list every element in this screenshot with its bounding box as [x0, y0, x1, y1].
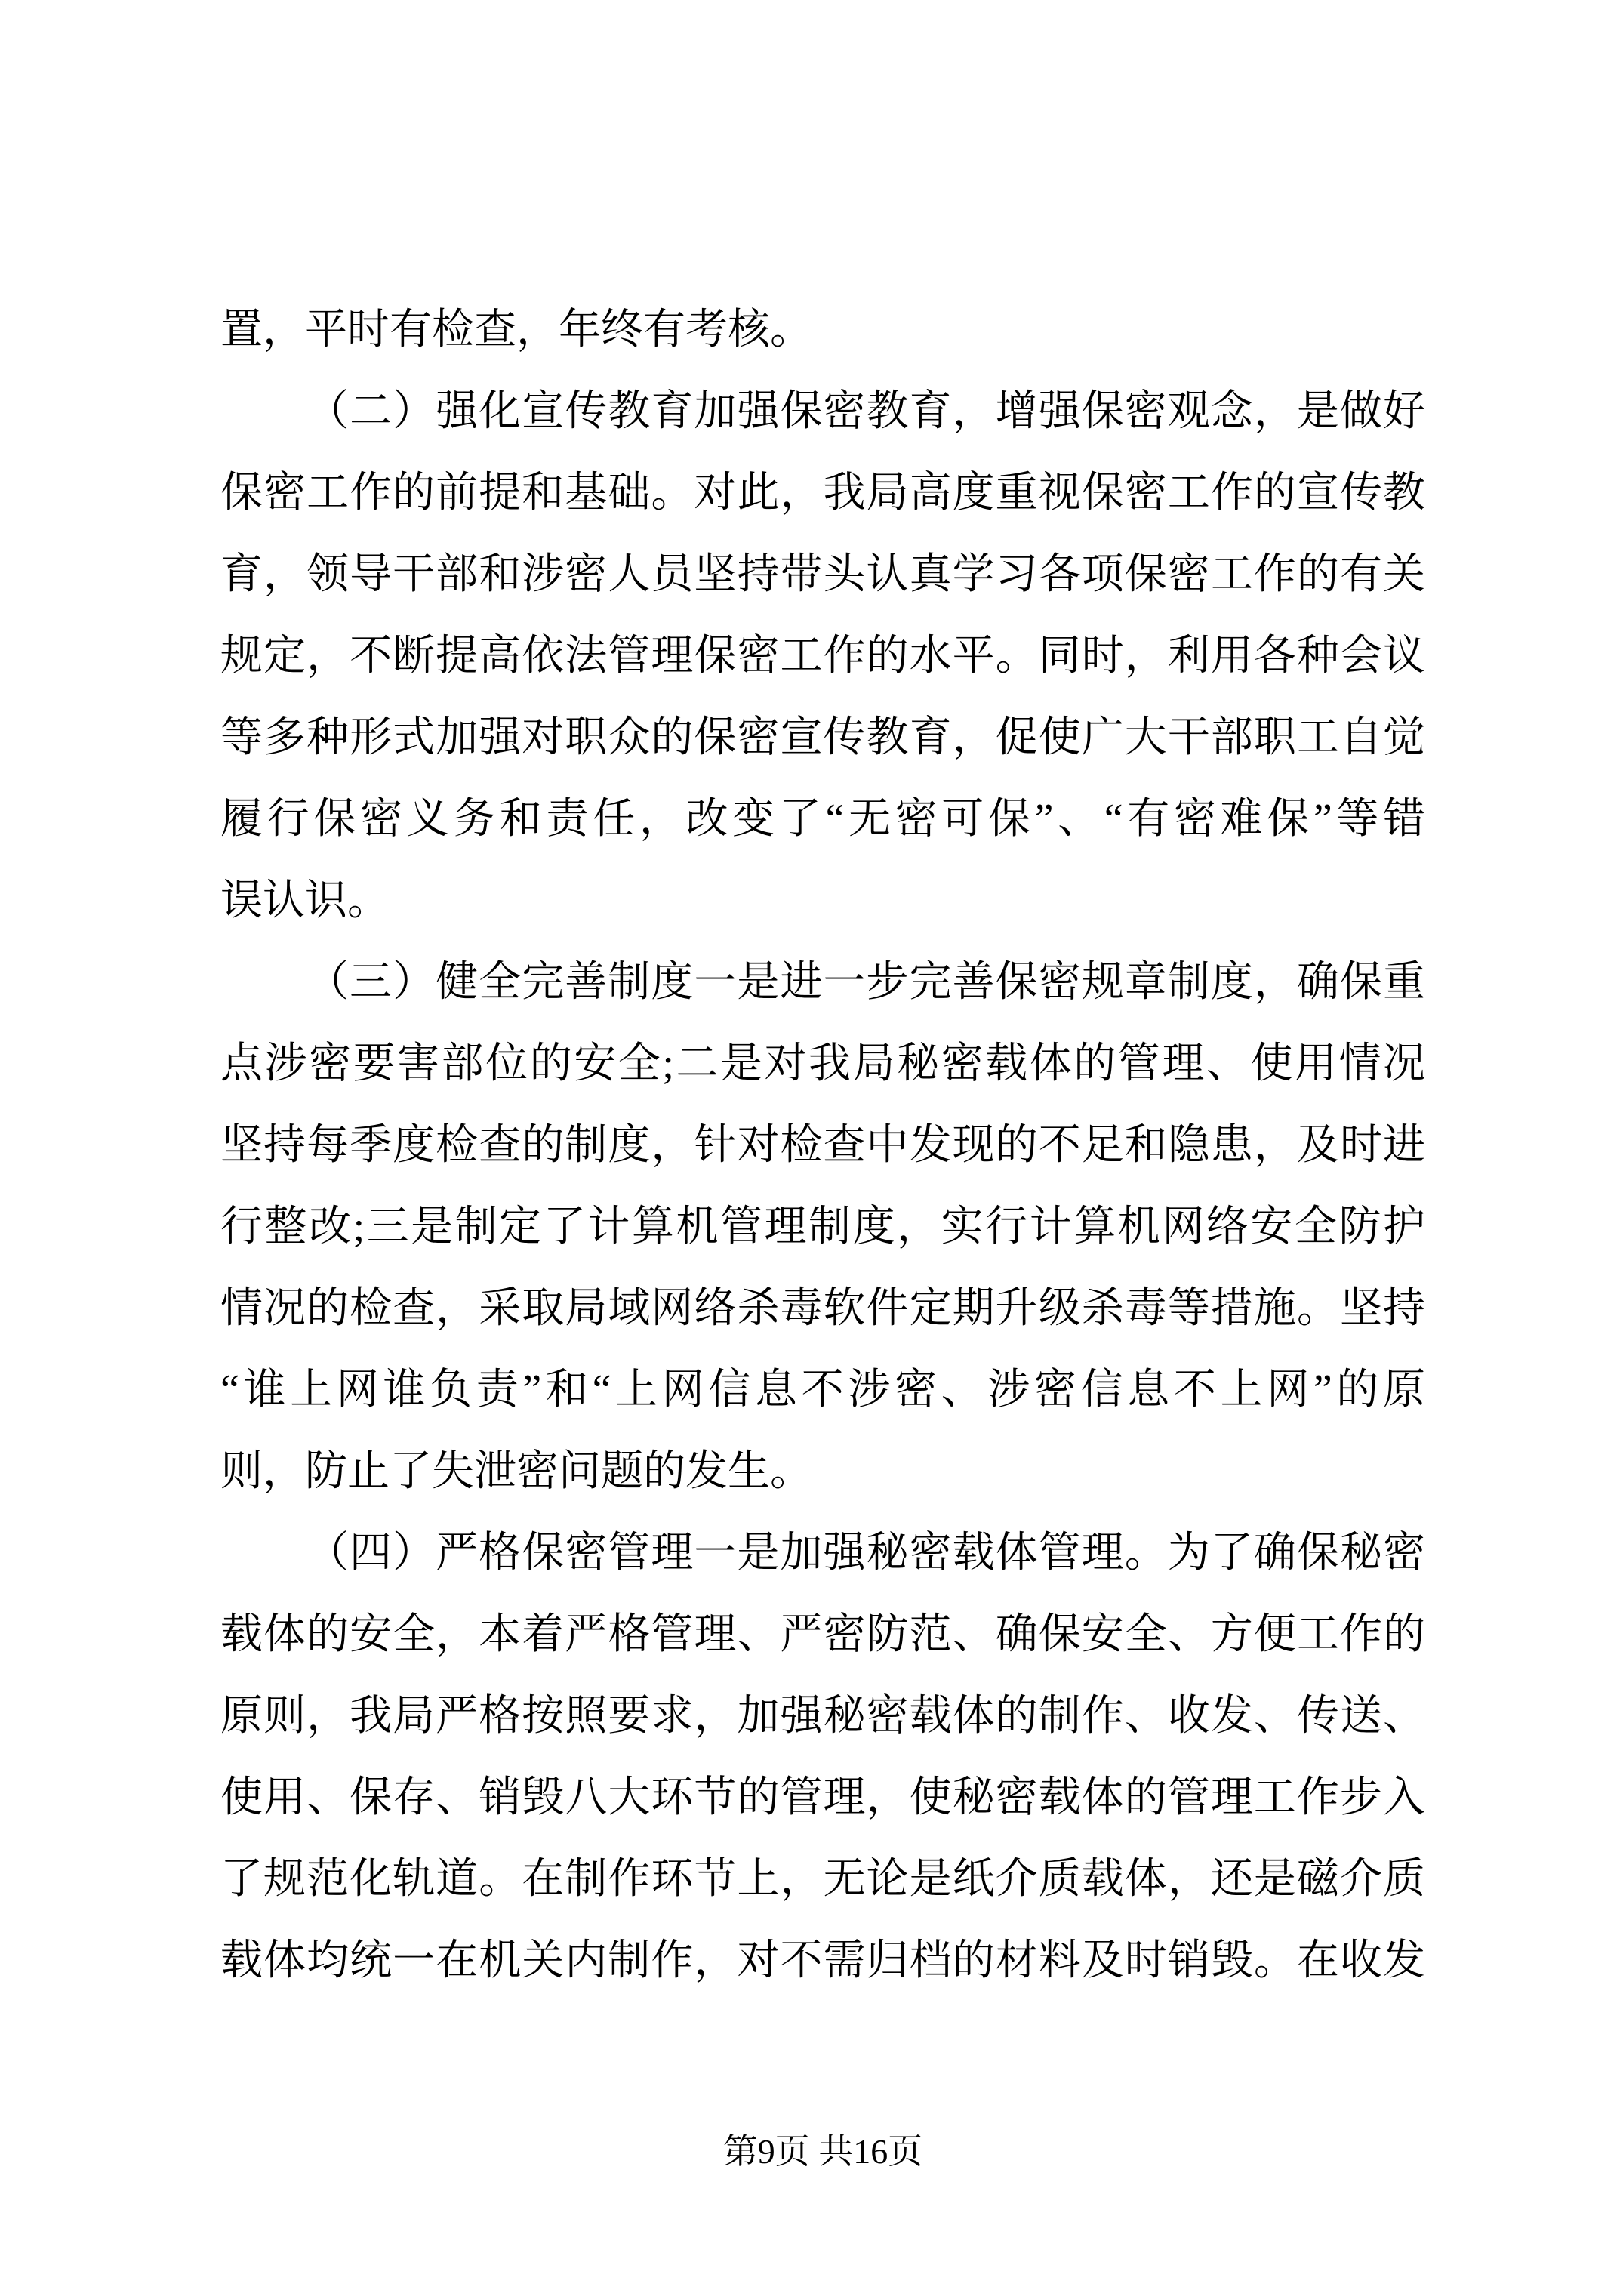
- text-line: 点涉密要害部位的安全;二是对我局秘密载体的管理、使用情况: [220, 1023, 1425, 1105]
- text-line: 规定，不断提高依法管理保密工作的水平。同时，利用各种会议: [220, 615, 1425, 697]
- document-body: 置，平时有检查，年终有考核。 （二）强化宣传教育加强保密教育，增强保密观念，是做…: [220, 289, 1425, 2002]
- page-number-footer: 第9页 共16页: [220, 2131, 1425, 2173]
- text-line: 则，防止了失泄密问题的发生。: [220, 1431, 1425, 1512]
- text-line: 了规范化轨道。在制作环节上，无论是纸介质载体，还是磁介质: [220, 1838, 1425, 1920]
- text-line: 置，平时有检查，年终有考核。: [220, 289, 1425, 371]
- text-line: 等多种形式加强对职众的保密宣传教育，促使广大干部职工自觉: [220, 697, 1425, 778]
- text-line-paragraph-start: （四）严格保密管理一是加强秘密载体管理。为了确保秘密: [220, 1512, 1425, 1594]
- text-line: 载体均统一在机关内制作，对不需归档的材料及时销毁。在收发: [220, 1920, 1425, 2002]
- text-line: 育，领导干部和涉密人员坚持带头认真学习各项保密工作的有关: [220, 534, 1425, 615]
- text-line: 误认识。: [220, 860, 1425, 942]
- text-line: 载体的安全，本着严格管理、严密防范、确保安全、方便工作的: [220, 1594, 1425, 1675]
- text-line: 情况的检查，采取局域网络杀毒软件定期升级杀毒等措施。坚持: [220, 1268, 1425, 1349]
- text-line: 原则，我局严格按照要求，加强秘密载体的制作、收发、传送、: [220, 1675, 1425, 1757]
- text-line: 坚持每季度检查的制度，针对检查中发现的不足和隐患，及时进: [220, 1105, 1425, 1186]
- text-line: 履行保密义务和责任，改变了“无密可保”、“有密难保”等错: [220, 778, 1425, 860]
- text-line: 行整改;三是制定了计算机管理制度，实行计算机网络安全防护: [220, 1186, 1425, 1268]
- text-line-paragraph-start: （二）强化宣传教育加强保密教育，增强保密观念，是做好: [220, 371, 1425, 452]
- text-line-paragraph-start: （三）健全完善制度一是进一步完善保密规章制度，确保重: [220, 942, 1425, 1023]
- document-page: 置，平时有检查，年终有考核。 （二）强化宣传教育加强保密教育，增强保密观念，是做…: [0, 0, 1623, 2296]
- text-line: 使用、保存、销毁八大环节的管理，使秘密载体的管理工作步入: [220, 1757, 1425, 1838]
- text-line: 保密工作的前提和基础。对此，我局高度重视保密工作的宣传教: [220, 452, 1425, 534]
- text-line: “谁上网谁负责”和“上网信息不涉密、涉密信息不上网”的原: [220, 1349, 1425, 1431]
